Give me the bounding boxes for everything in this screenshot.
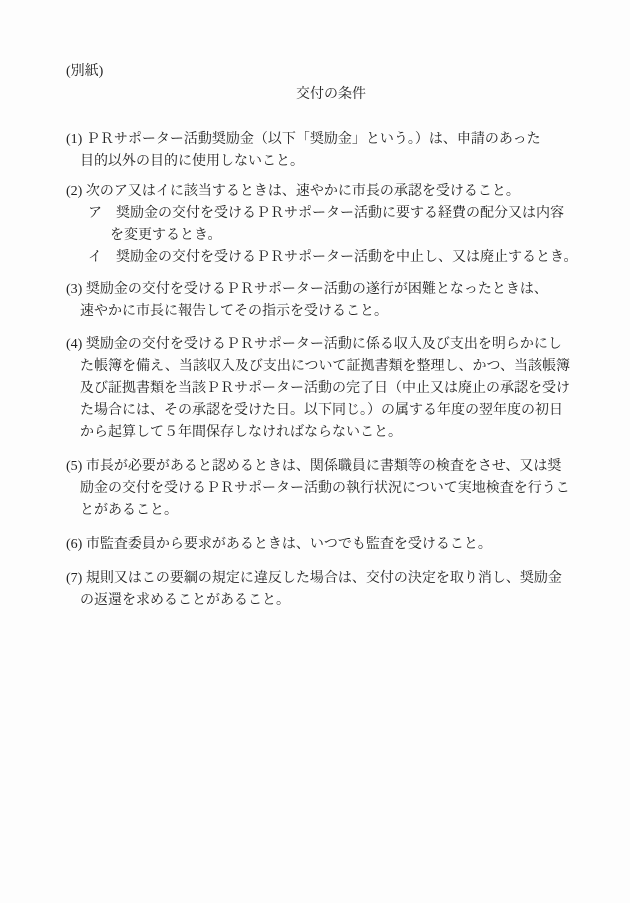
text-line: ア 奨励金の交付を受けるＰＲサポーター活動に要する経費の配分又は内容 bbox=[66, 203, 630, 225]
text-line: イ 奨励金の交付を受けるＰＲサポーター活動を中止し、又は廃止するとき。 bbox=[66, 247, 630, 269]
text-line: (3) 奨励金の交付を受けるＰＲサポーター活動の遂行が困難となったときは、 bbox=[66, 279, 630, 301]
document-page: (別紙) 交付の条件 (1) ＰＲサポーター活動奨励金（以下「奨励金」という。）… bbox=[0, 0, 630, 903]
condition-item-7: (7) 規則又はこの要綱の規定に違反した場合は、交付の決定を取り消し、奨励金 の… bbox=[66, 568, 630, 612]
text-line: 励金の交付を受けるＰＲサポーター活動の執行状況について実地検査を行うこ bbox=[66, 478, 630, 500]
text-line: (5) 市長が必要があると認めるときは、関係職員に書類等の検査をさせ、又は奨 bbox=[66, 456, 630, 478]
condition-item-6: (6) 市監査委員から要求があるときは、いつでも監査を受けること。 bbox=[66, 534, 630, 556]
text-line: (2) 次のア又はイに該当するときは、速やかに市長の承認を受けること。 bbox=[66, 181, 630, 203]
condition-item-2: (2) 次のア又はイに該当するときは、速やかに市長の承認を受けること。 ア 奨励… bbox=[66, 181, 630, 269]
text-line: 及び証拠書類を当該ＰＲサポーター活動の完了日（中止又は廃止の承認を受け bbox=[66, 378, 630, 400]
condition-item-1: (1) ＰＲサポーター活動奨励金（以下「奨励金」という。）は、申請のあった 目的… bbox=[66, 129, 630, 173]
attachment-label: (別紙) bbox=[66, 61, 103, 83]
text-line: (6) 市監査委員から要求があるときは、いつでも監査を受けること。 bbox=[66, 534, 630, 556]
text-line: の返還を求めることがあること。 bbox=[66, 590, 630, 612]
text-line: 目的以外の目的に使用しないこと。 bbox=[66, 151, 630, 173]
text-line: た場合には、その承認を受けた日。以下同じ。）の属する年度の翌年度の初日 bbox=[66, 400, 630, 422]
text-line: とがあること。 bbox=[66, 500, 630, 522]
text-line: (4) 奨励金の交付を受けるＰＲサポーター活動に係る収入及び支出を明らかにし bbox=[66, 334, 630, 356]
text-line: (1) ＰＲサポーター活動奨励金（以下「奨励金」という。）は、申請のあった bbox=[66, 129, 630, 151]
text-line: 速やかに市長に報告してその指示を受けること。 bbox=[66, 301, 630, 323]
text-line: から起算して５年間保存しなければならないこと。 bbox=[66, 422, 630, 444]
condition-item-3: (3) 奨励金の交付を受けるＰＲサポーター活動の遂行が困難となったときは、 速や… bbox=[66, 279, 630, 323]
condition-item-4: (4) 奨励金の交付を受けるＰＲサポーター活動に係る収入及び支出を明らかにし た… bbox=[66, 334, 630, 444]
text-line: た帳簿を備え、当該収入及び支出について証拠書類を整理し、かつ、当該帳簿 bbox=[66, 356, 630, 378]
text-line: (7) 規則又はこの要綱の規定に違反した場合は、交付の決定を取り消し、奨励金 bbox=[66, 568, 630, 590]
text-line: を変更するとき。 bbox=[66, 225, 630, 247]
condition-item-5: (5) 市長が必要があると認めるときは、関係職員に書類等の検査をさせ、又は奨 励… bbox=[66, 456, 630, 522]
document-title: 交付の条件 bbox=[0, 84, 630, 106]
